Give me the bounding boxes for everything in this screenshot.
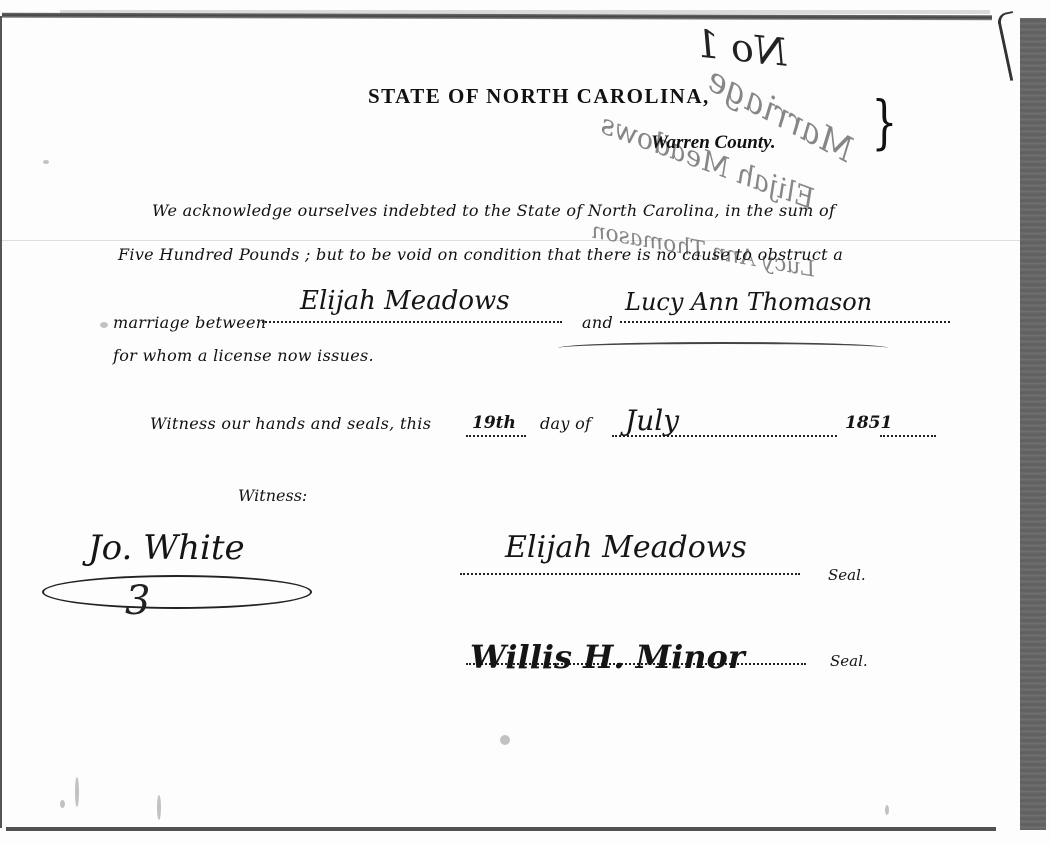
right-edge-shadow (1020, 18, 1046, 830)
brace-mark: } (872, 88, 898, 156)
year-field-line (880, 435, 936, 437)
witness-signature: Jo. White (88, 528, 245, 568)
groom-name: Elijah Meadows (300, 286, 510, 316)
signature-flourish (42, 575, 312, 609)
surety-signature: Willis H. Minor (470, 638, 745, 676)
bride-name-field-line (620, 321, 950, 323)
scanned-document-page: No 1 Marriage Elijah Meadows Lucy Ann Th… (0, 0, 1050, 845)
county-heading: Warren County. (651, 132, 776, 154)
bottom-border (6, 827, 996, 831)
principal-seal-label: Seal. (828, 566, 866, 584)
state-heading: STATE OF NORTH CAROLINA, (368, 84, 710, 109)
ink-spot (43, 160, 49, 164)
bride-name: Lucy Ann Thomason (625, 288, 872, 316)
surety-seal-label: Seal. (830, 652, 868, 670)
day-value: 19th (472, 413, 516, 433)
pen-stroke (558, 342, 888, 354)
year-value: 1851 (845, 413, 892, 433)
bond-text-line-4: for whom a license now issues. (113, 346, 374, 365)
ink-spot (500, 735, 510, 745)
day-of-label: day of (540, 414, 591, 433)
left-border (0, 16, 2, 828)
ink-streak (157, 795, 161, 820)
fold-line (0, 240, 1020, 241)
principal-signature-line (460, 573, 800, 575)
ink-spot (100, 322, 108, 328)
bond-text-line-3-prefix: marriage between (113, 313, 266, 332)
ink-spot (885, 805, 889, 815)
witness-label: Witness: (238, 486, 307, 505)
bond-text-line-1: We acknowledge ourselves indebted to the… (152, 201, 835, 220)
conjunction-and: and (582, 313, 613, 332)
ink-streak (75, 777, 79, 807)
witness-date-prefix: Witness our hands and seals, this (150, 414, 431, 433)
groom-name-field-line (262, 321, 562, 323)
month-value: July (625, 404, 679, 437)
docket-number: No 1 (693, 21, 789, 74)
principal-signature: Elijah Meadows (505, 530, 747, 565)
bond-text-line-2: Five Hundred Pounds ; but to be void on … (118, 245, 843, 264)
witness-mark: 3 (125, 578, 150, 624)
day-field-line (466, 435, 526, 437)
ink-spot (60, 800, 65, 808)
